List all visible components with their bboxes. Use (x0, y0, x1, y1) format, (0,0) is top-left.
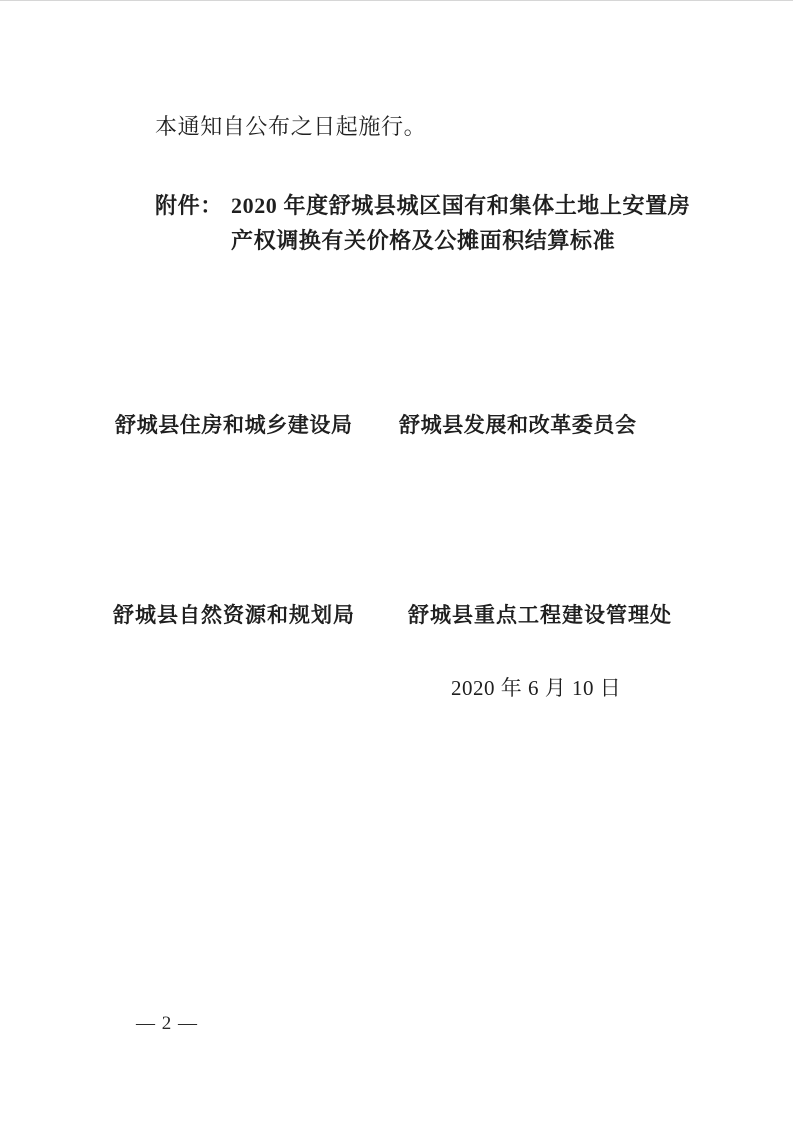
signature-org-natural-resources-bureau: 舒城县自然资源和规划局 (113, 602, 355, 628)
document-page: 本通知自公布之日起施行。 附件： 2020 年度舒城县城区国有和集体土地上安置房… (0, 0, 793, 1122)
scan-top-edge-line (0, 0, 793, 1)
signature-org-development-reform-commission: 舒城县发展和改革委员会 (399, 412, 637, 438)
attachment-label: 附件： (155, 188, 231, 223)
document-date: 2020 年 6 月 10 日 (451, 674, 621, 702)
signature-org-housing-bureau: 舒城县住房和城乡建设局 (115, 412, 353, 438)
attachment-title: 2020 年度舒城县城区国有和集体土地上安置房 产权调换有关价格及公摊面积结算标… (231, 188, 690, 258)
attachment-title-line-2: 产权调换有关价格及公摊面积结算标准 (231, 223, 690, 258)
attachment-title-line-1: 2020 年度舒城县城区国有和集体土地上安置房 (231, 188, 690, 223)
effective-date-paragraph: 本通知自公布之日起施行。 (155, 112, 426, 142)
page-number: — 2 — (136, 1013, 198, 1035)
signature-org-key-projects-office: 舒城县重点工程建设管理处 (408, 602, 672, 628)
attachment-block: 附件： 2020 年度舒城县城区国有和集体土地上安置房 产权调换有关价格及公摊面… (155, 188, 690, 258)
